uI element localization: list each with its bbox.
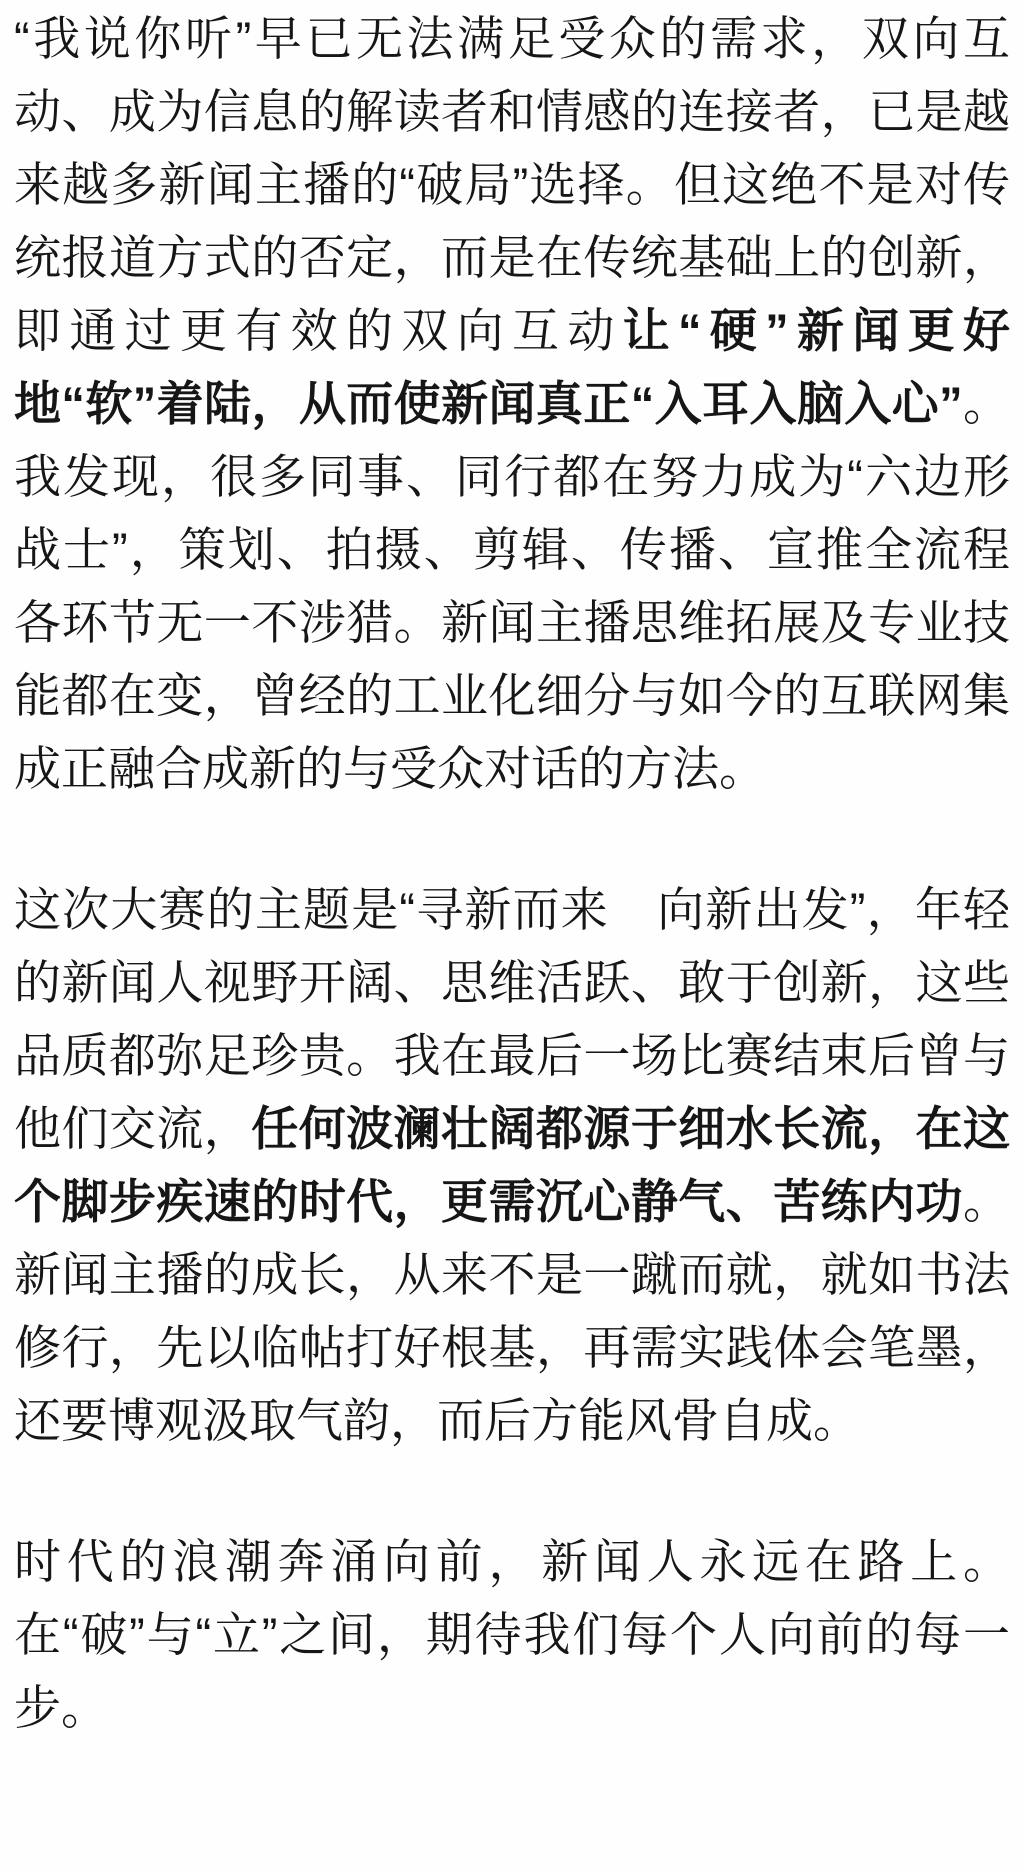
paragraph-2: 这次大赛的主题是“寻新而来 向新出发”，年轻的新闻人视野开阔、思维活跃、敢于创新…: [14, 873, 1010, 1457]
body-text: 。我发现，很多同事、同行都在努力成为“六边形战士”，策划、拍摄、剪辑、传播、宣推…: [14, 377, 1010, 795]
paragraph-1: “我说你听”早已无法满足受众的需求，双向互动、成为信息的解读者和情感的连接者，已…: [14, 2, 1010, 805]
body-text: 时代的浪潮奔涌向前，新闻人永远在路上。在“破”与“立”之间，期待我们每个人向前的…: [14, 1535, 1010, 1734]
paragraph-3: 时代的浪潮奔涌向前，新闻人永远在路上。在“破”与“立”之间，期待我们每个人向前的…: [14, 1525, 1010, 1744]
article-body: “我说你听”早已无法满足受众的需求，双向互动、成为信息的解读者和情感的连接者，已…: [0, 0, 1024, 1744]
paragraph-container: “我说你听”早已无法满足受众的需求，双向互动、成为信息的解读者和情感的连接者，已…: [14, 2, 1010, 1744]
